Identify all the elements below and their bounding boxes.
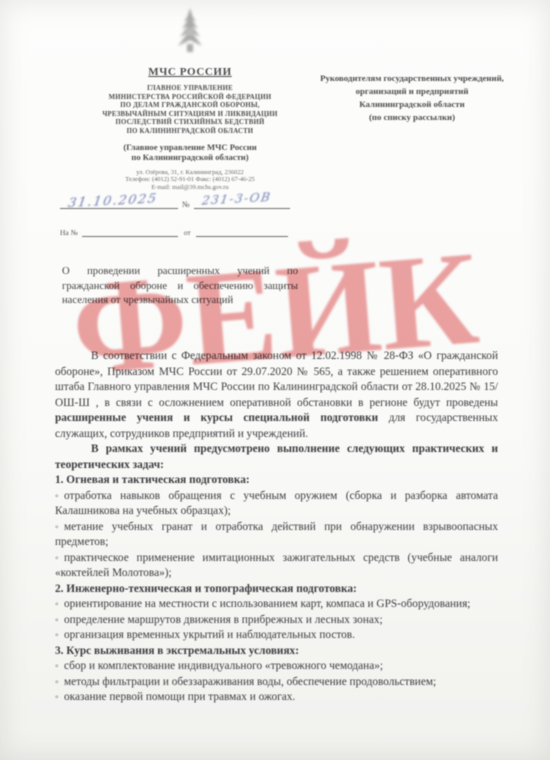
list-item-text: определение маршрутов движения в прибреж…	[64, 614, 383, 626]
list-item: ◦метание учебных гранат и отработка дейс…	[55, 520, 498, 551]
outgoing-number-row: 31.10.2025 231-3-ОВ №	[60, 196, 298, 222]
addressee-block: Руководителям государственных учреждений…	[296, 72, 528, 124]
bullet-marker: ◦	[55, 659, 64, 675]
org-short-name: МЧС РОССИИ	[84, 66, 296, 78]
paragraph-tasks-intro: В рамках учений предусмотрено выполнение…	[55, 442, 498, 473]
bullet-marker: ◦	[55, 489, 64, 505]
address-line: ул. Озёрова, 31, г. Калининград, 236022	[84, 169, 296, 177]
paragraph-legal-basis: В соответствии с Федеральным законом от …	[55, 349, 498, 442]
list-item-text: сбор и комплектование индивидуального «т…	[64, 660, 383, 672]
org-line: ГЛАВНОЕ УПРАВЛЕНИЕ	[84, 85, 296, 94]
addressee-line: (по списку рассылки)	[296, 111, 528, 124]
paragraph-bold-text: расширенные учения и курсы специальной п…	[55, 412, 378, 424]
org-line: ПО ДЕЛАМ ГРАЖДАНСКОЙ ОБОРОНЫ,	[84, 102, 296, 111]
reply-prefix: На №	[60, 228, 78, 237]
letterhead: МЧС РОССИИ ГЛАВНОЕ УПРАВЛЕНИЕ МИНИСТЕРСТ…	[84, 6, 296, 192]
org-paren-line: по Калининградской области)	[84, 152, 296, 163]
bullet-marker: ◦	[55, 690, 64, 706]
section-heading: 1. Огневая и тактическая подготовка:	[55, 473, 498, 489]
list-item: ◦ориентирование на местности с использов…	[55, 597, 498, 613]
bullet-marker: ◦	[55, 675, 64, 691]
address-line: Телефон: (4012) 52-91-01 Факс: (4012) 67…	[84, 176, 296, 184]
scanned-letter-page: МЧС РОССИИ ГЛАВНОЕ УПРАВЛЕНИЕ МИНИСТЕРСТ…	[0, 0, 550, 760]
org-line: МИНИСТЕРСТВА РОССИЙСКОЙ ФЕДЕРАЦИИ	[84, 94, 296, 103]
bullet-marker: ◦	[55, 520, 64, 536]
paragraph-text: В соответствии с Федеральным законом от …	[55, 350, 498, 409]
org-paren-name: (Главное управление МЧС России по Калини…	[84, 142, 296, 163]
bullet-marker: ◦	[55, 628, 64, 644]
mchs-emblem-icon	[169, 6, 211, 60]
org-line: ПО КАЛИНИНГРАДСКОЙ ОБЛАСТИ	[84, 128, 296, 137]
bullet-marker: ◦	[55, 613, 64, 629]
letter-subject: О проведении расширенных учений по гражд…	[62, 265, 298, 309]
bullet-marker: ◦	[55, 597, 64, 613]
list-item-text: методы фильтрации и обеззараживания воды…	[64, 676, 436, 688]
org-address: ул. Озёрова, 31, г. Калининград, 236022 …	[84, 169, 296, 192]
addressee-line: организаций и предприятий	[296, 85, 528, 98]
number-sign: №	[182, 200, 190, 209]
reply-date-blank	[196, 224, 288, 237]
list-item-text: отработка навыков обращения с учебным ор…	[55, 490, 498, 518]
reference-block: 31.10.2025 231-3-ОВ № На №от	[60, 196, 298, 237]
list-item: ◦сбор и комплектование индивидуального «…	[55, 659, 498, 675]
list-item-text: ориентирование на местности с использова…	[64, 598, 470, 610]
section-heading: 3. Курс выживания в экстремальных услови…	[55, 644, 498, 660]
bullet-marker: ◦	[55, 551, 64, 567]
list-item-text: практическое применение имитационных заж…	[55, 552, 498, 580]
org-paren-line: (Главное управление МЧС России	[84, 142, 296, 153]
section-heading: 2. Инженерно-техническая и топографическ…	[55, 582, 498, 598]
list-item: ◦методы фильтрации и обеззараживания вод…	[55, 675, 498, 691]
reply-number-row: На №от	[60, 224, 298, 237]
list-item-text: оказание первой помощи при травмах и ожо…	[64, 691, 295, 703]
list-item: ◦организация временных укрытий и наблюда…	[55, 628, 498, 644]
org-line: ПОСЛЕДСТВИЙ СТИХИЙНЫХ БЕДСТВИЙ	[84, 119, 296, 128]
list-item: ◦определение маршрутов движения в прибре…	[55, 613, 498, 629]
list-item-text: метание учебных гранат и отработка дейст…	[55, 521, 498, 549]
list-item: ◦отработка навыков обращения с учебным о…	[55, 489, 498, 520]
list-item-text: организация временных укрытий и наблюдат…	[64, 629, 355, 641]
addressee-line: Калининградской области	[296, 98, 528, 111]
addressee-line: Руководителям государственных учреждений…	[296, 72, 528, 85]
list-item: ◦оказание первой помощи при травмах и ож…	[55, 690, 498, 706]
org-full-name: ГЛАВНОЕ УПРАВЛЕНИЕ МИНИСТЕРСТВА РОССИЙСК…	[84, 85, 296, 137]
list-item: ◦практическое применение имитационных за…	[55, 551, 498, 582]
reply-number-blank	[82, 224, 178, 237]
reply-ot-label: от	[184, 228, 191, 237]
letter-body: В соответствии с Федеральным законом от …	[55, 349, 498, 706]
